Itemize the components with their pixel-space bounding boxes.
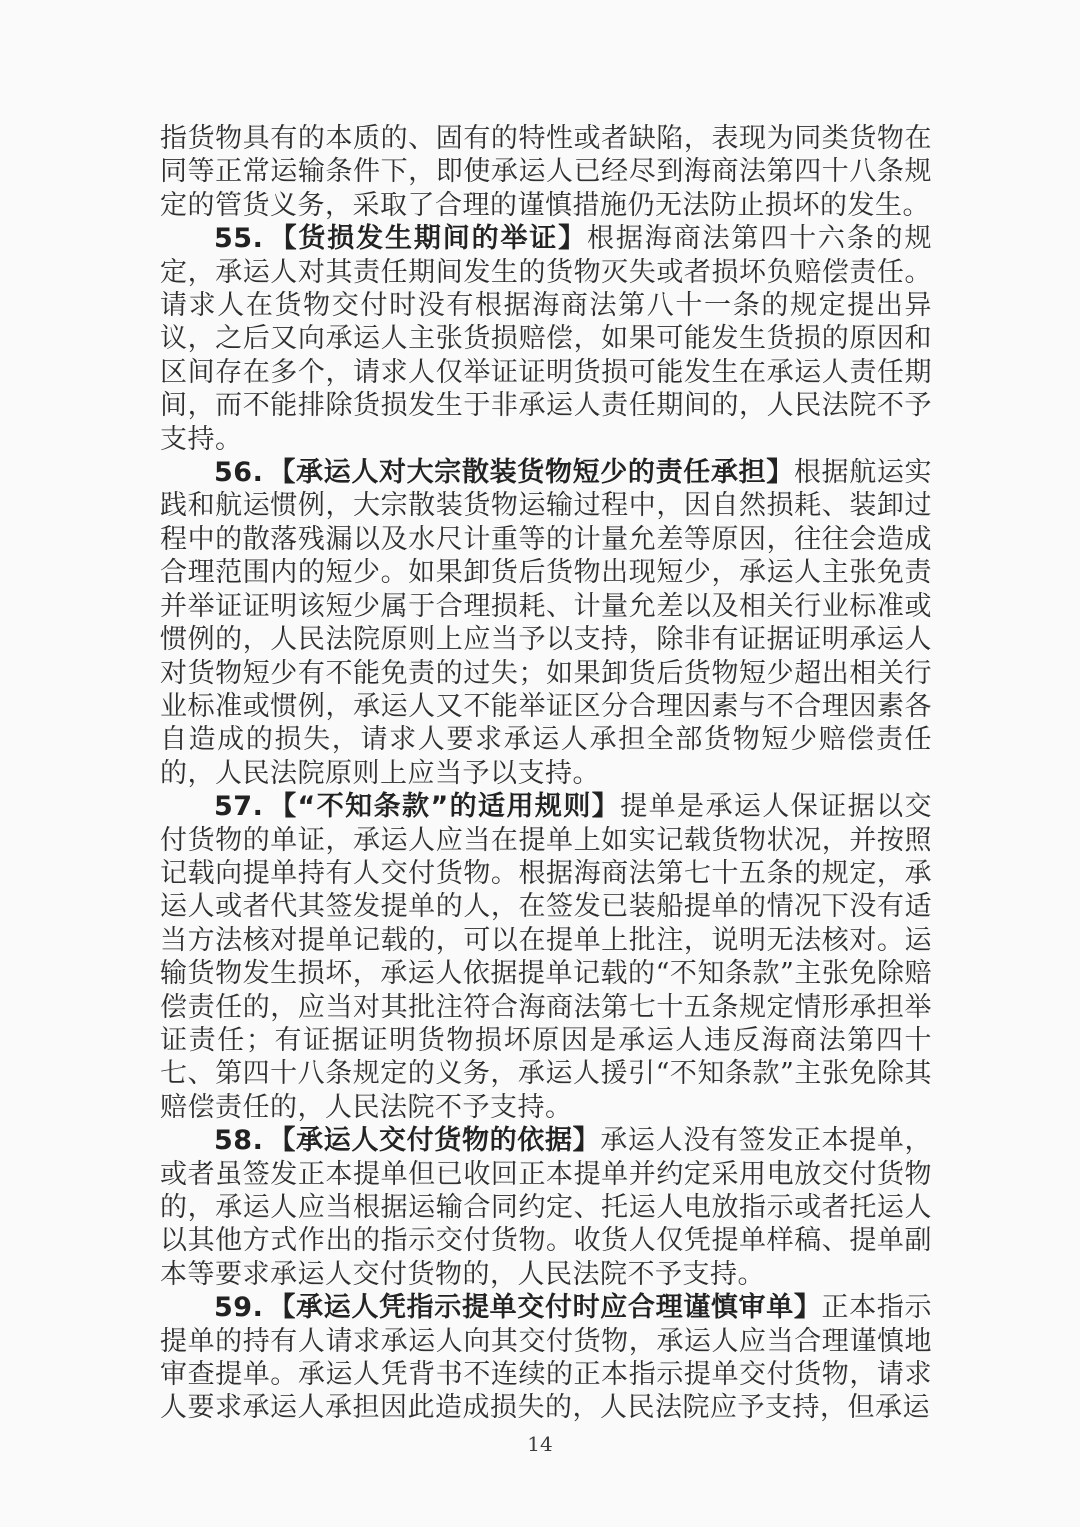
article-59-number: 59.	[214, 1292, 263, 1323]
article-56-number: 56.	[214, 457, 263, 488]
article-57-number: 57.	[214, 791, 263, 822]
article-56: 56.【承运人对大宗散装货物短少的责任承担】根据航运实践和航运惯例，大宗散装货物…	[160, 456, 932, 790]
continuation-text: 指货物具有的本质的、固有的特性或者缺陷，表现为同类货物在同等正常运输条件下，即使…	[160, 123, 932, 221]
article-55: 55.【货损发生期间的举证】根据海商法第四十六条的规定，承运人对其责任期间发生的…	[160, 222, 932, 456]
article-58-title: 【承运人交付货物的依据】	[268, 1125, 600, 1156]
article-57: 57.【“不知条款”的适用规则】提单是承运人保证据以交付货物的单证，承运人应当在…	[160, 790, 932, 1124]
continuation-paragraph: 指货物具有的本质的、固有的特性或者缺陷，表现为同类货物在同等正常运输条件下，即使…	[160, 122, 932, 222]
text-block: 指货物具有的本质的、固有的特性或者缺陷，表现为同类货物在同等正常运输条件下，即使…	[160, 122, 932, 1425]
article-55-title: 【货损发生期间的举证】	[268, 223, 587, 254]
article-58: 58.【承运人交付货物的依据】承运人没有签发正本提单，或者虽签发正本提单但已收回…	[160, 1124, 932, 1291]
article-55-body: 根据海商法第四十六条的规定，承运人对其责任期间发生的货物灭失或者损坏负赔偿责任。…	[160, 223, 932, 454]
document-page: 指货物具有的本质的、固有的特性或者缺陷，表现为同类货物在同等正常运输条件下，即使…	[0, 0, 1080, 1527]
page-number: 14	[0, 1432, 1080, 1456]
article-55-number: 55.	[214, 223, 263, 254]
article-58-number: 58.	[214, 1125, 263, 1156]
article-56-body: 根据航运实践和航运惯例，大宗散装货物运输过程中，因自然损耗、装卸过程中的散落残漏…	[160, 457, 932, 789]
article-57-body: 提单是承运人保证据以交付货物的单证，承运人应当在提单上如实记载货物状况，并按照记…	[160, 791, 932, 1123]
article-57-title: 【“不知条款”的适用规则】	[268, 791, 620, 822]
article-59-title: 【承运人凭指示提单交付时应合理谨慎审单】	[268, 1292, 821, 1323]
article-59: 59.【承运人凭指示提单交付时应合理谨慎审单】正本指示提单的持有人请求承运人向其…	[160, 1291, 932, 1425]
article-56-title: 【承运人对大宗散装货物短少的责任承担】	[268, 457, 794, 488]
